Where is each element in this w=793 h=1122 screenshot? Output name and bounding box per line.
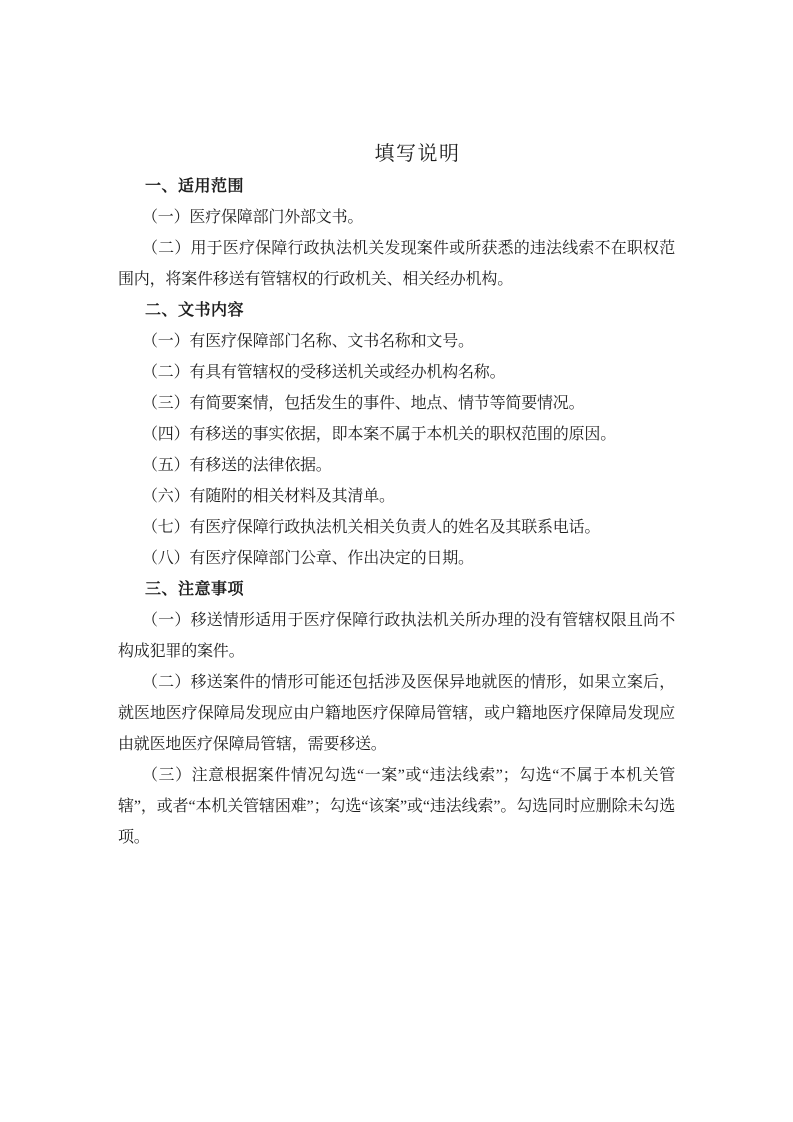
section-heading-notes: 三、注意事项 [118, 574, 675, 605]
paragraph: （六）有随附的相关材料及其清单。 [118, 481, 675, 512]
paragraph: （三）注意根据案件情况勾选“一案”或“违法线索”；勾选“不属于本机关管辖”，或者… [118, 760, 675, 853]
document-title: 填写说明 [118, 141, 675, 167]
section-heading-content: 二、文书内容 [118, 295, 675, 326]
paragraph: （一）移送情形适用于医疗保障行政执法机关所办理的没有管辖权限且尚不构成犯罪的案件… [118, 605, 675, 667]
paragraph: （一）医疗保障部门外部文书。 [118, 202, 675, 233]
paragraph: （四）有移送的事实依据，即本案不属于本机关的职权范围的原因。 [118, 419, 675, 450]
paragraph: （二）有具有管辖权的受移送机关或经办机构名称。 [118, 357, 675, 388]
paragraph: （五）有移送的法律依据。 [118, 450, 675, 481]
section-document-content: 二、文书内容 （一）有医疗保障部门名称、文书名称和文号。 （二）有具有管辖权的受… [118, 295, 675, 574]
paragraph: （七）有医疗保障行政执法机关相关负责人的姓名及其联系电话。 [118, 512, 675, 543]
section-heading-scope: 一、适用范围 [118, 171, 675, 202]
document-page: 填写说明 一、适用范围 （一）医疗保障部门外部文书。 （二）用于医疗保障行政执法… [0, 0, 793, 1122]
section-applicable-scope: 一、适用范围 （一）医疗保障部门外部文书。 （二）用于医疗保障行政执法机关发现案… [118, 171, 675, 295]
paragraph: （二）用于医疗保障行政执法机关发现案件或所获悉的违法线索不在职权范围内，将案件移… [118, 233, 675, 295]
paragraph: （三）有简要案情，包括发生的事件、地点、情节等简要情况。 [118, 388, 675, 419]
paragraph: （一）有医疗保障部门名称、文书名称和文号。 [118, 326, 675, 357]
paragraph: （八）有医疗保障部门公章、作出决定的日期。 [118, 543, 675, 574]
paragraph: （二）移送案件的情形可能还包括涉及医保异地就医的情形，如果立案后，就医地医疗保障… [118, 667, 675, 760]
section-notes: 三、注意事项 （一）移送情形适用于医疗保障行政执法机关所办理的没有管辖权限且尚不… [118, 574, 675, 853]
